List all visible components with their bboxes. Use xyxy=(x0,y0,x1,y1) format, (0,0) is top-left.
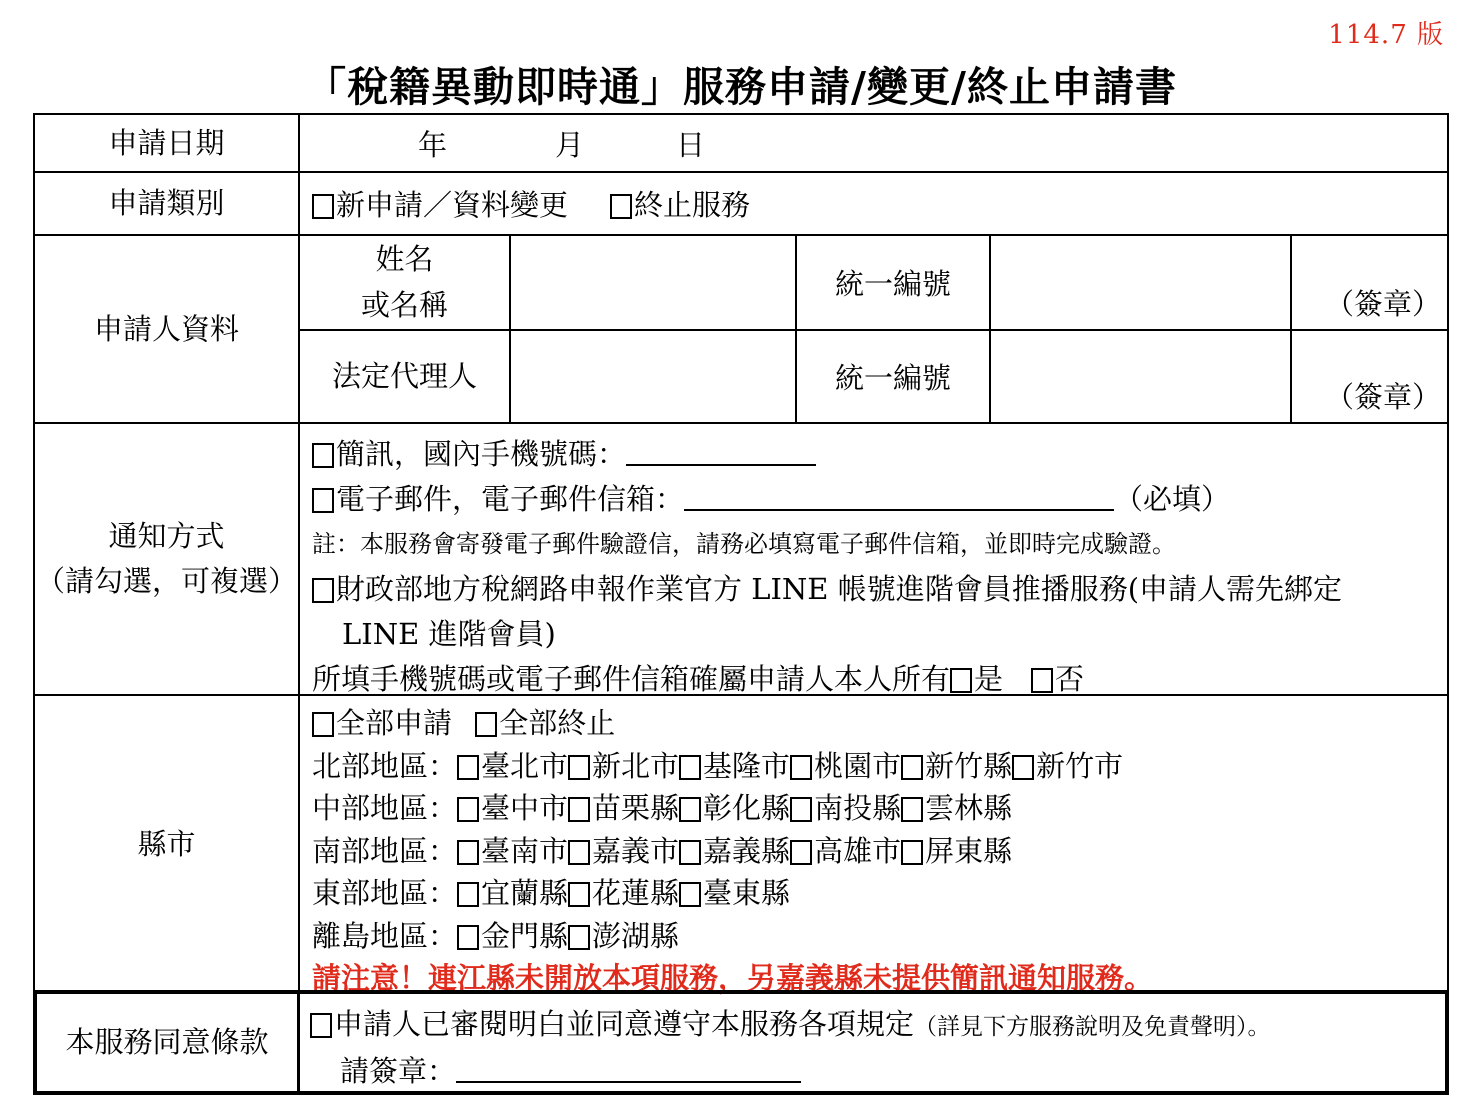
miaoli-county-checkbox[interactable] xyxy=(568,797,590,822)
county-selection-row: 縣市 全部申請 全部終止 北部地區：臺北市新北市基隆市桃園市新竹縣新竹市 中部地… xyxy=(35,694,1447,992)
email-option-line: 電子郵件，電子郵件信箱：（必填） xyxy=(312,477,1447,522)
kinmen-county-checkbox[interactable] xyxy=(457,925,479,950)
keelung-city-checkbox[interactable] xyxy=(679,755,701,780)
hsinchu-city-checkbox[interactable] xyxy=(1012,755,1034,780)
option-new-application[interactable]: 新申請／資料變更 xyxy=(312,183,568,224)
agreement-checkbox[interactable] xyxy=(310,1013,332,1038)
date-year-label: 年 xyxy=(418,123,447,164)
version-label: 114.7 版 xyxy=(1328,14,1444,51)
agreement-signature-blank[interactable] xyxy=(456,1049,801,1083)
stop-all-checkbox[interactable] xyxy=(475,712,497,737)
region-line-east: 東部地區：宜蘭縣花蓮縣臺東縣 xyxy=(312,872,1447,915)
notification-method-options: 簡訊，國內手機號碼： 電子郵件，電子郵件信箱：（必填） 註：本服務會寄發電子郵件… xyxy=(300,424,1447,694)
email-address-blank[interactable] xyxy=(684,477,1114,511)
email-verification-note: 註：本服務會寄發電子郵件驗證信，請務必填寫電子郵件信箱，並即時完成驗證。 xyxy=(312,522,1447,567)
legal-representative-uid-label: 統一編號 xyxy=(797,331,991,422)
application-form-table: 申請日期 年 月 日 申請類別 新申請／資料變更 終止服務 申請人資料 xyxy=(33,113,1449,994)
agreement-sign-label: 請簽章： xyxy=(340,1054,456,1088)
changhua-county-checkbox[interactable] xyxy=(679,797,701,822)
applicant-signature-cell[interactable]: （簽章） xyxy=(1292,236,1447,329)
region-islands-label: 離島地區： xyxy=(312,919,457,953)
region-line-south: 南部地區：臺南市嘉義市嘉義縣高雄市屏東縣 xyxy=(312,830,1447,873)
legal-representative-uid-field[interactable] xyxy=(991,331,1292,422)
taipei-city-checkbox[interactable] xyxy=(457,755,479,780)
phone-number-blank[interactable] xyxy=(626,432,816,466)
applicant-uid-label: 統一編號 xyxy=(797,236,991,329)
county-all-line: 全部申請 全部終止 xyxy=(312,702,1447,745)
date-month-label: 月 xyxy=(555,123,584,164)
region-east-label: 東部地區： xyxy=(312,876,457,910)
nantou-county-checkbox[interactable] xyxy=(790,797,812,822)
kaohsiung-city-checkbox[interactable] xyxy=(790,840,812,865)
ownership-text: 所填手機號碼或電子郵件信箱確屬申請人本人所有 xyxy=(312,662,950,696)
region-line-north: 北部地區：臺北市新北市基隆市桃園市新竹縣新竹市 xyxy=(312,745,1447,788)
notification-method-row: 通知方式 （請勾選，可複選） 簡訊，國內手機號碼： 電子郵件，電子郵件信箱：（必… xyxy=(35,422,1447,694)
county-label: 縣市 xyxy=(35,696,300,992)
ownership-no-label: 否 xyxy=(1055,662,1084,696)
new-taipei-city-checkbox[interactable] xyxy=(568,755,590,780)
agreement-row: 本服務同意條款 申請人已審閱明白並同意遵守本服務各項規定（詳見下方服務說明及免責… xyxy=(33,990,1449,1095)
yilan-county-checkbox[interactable] xyxy=(457,882,479,907)
application-form-page: 114.7 版 「稅籍異動即時通」服務申請/變更/終止申請書 申請日期 年 月 … xyxy=(0,0,1482,1100)
region-line-islands: 離島地區：金門縣澎湖縣 xyxy=(312,915,1447,958)
page-title: 「稅籍異動即時通」服務申請/變更/終止申請書 xyxy=(0,54,1482,113)
taoyuan-city-checkbox[interactable] xyxy=(790,755,812,780)
penghu-county-checkbox[interactable] xyxy=(568,925,590,950)
stop-all-label: 全部終止 xyxy=(499,706,615,740)
new-application-label: 新申請／資料變更 xyxy=(336,188,568,222)
tainan-city-checkbox[interactable] xyxy=(457,840,479,865)
line-service-label-continued: LINE 進階會員) xyxy=(312,612,1447,657)
legal-representative-signature-label: （簽章） xyxy=(1325,375,1441,416)
ownership-yes-label: 是 xyxy=(974,662,1003,696)
applicant-name-field[interactable] xyxy=(511,236,797,329)
chiayi-city-checkbox[interactable] xyxy=(568,840,590,865)
email-checkbox[interactable] xyxy=(312,488,334,513)
hsinchu-county-checkbox[interactable] xyxy=(901,755,923,780)
sms-checkbox[interactable] xyxy=(312,443,334,468)
county-options: 全部申請 全部終止 北部地區：臺北市新北市基隆市桃園市新竹縣新竹市 中部地區：臺… xyxy=(300,696,1447,992)
legal-representative-signature-cell[interactable]: （簽章） xyxy=(1292,331,1447,422)
terminate-service-checkbox[interactable] xyxy=(610,194,632,219)
legal-representative-label: 法定代理人 xyxy=(300,331,511,422)
ownership-yes-checkbox[interactable] xyxy=(950,668,972,693)
taichung-city-checkbox[interactable] xyxy=(457,797,479,822)
sms-option-line: 簡訊，國內手機號碼： xyxy=(312,432,1447,477)
region-north-label: 北部地區： xyxy=(312,749,457,783)
ownership-no-checkbox[interactable] xyxy=(1031,668,1053,693)
terminate-service-label: 終止服務 xyxy=(634,188,750,222)
notification-method-label: 通知方式 （請勾選，可複選） xyxy=(35,424,300,694)
applicant-name-label: 姓名 或名稱 xyxy=(300,236,511,329)
new-application-checkbox[interactable] xyxy=(312,194,334,219)
applicant-info-label: 申請人資料 xyxy=(35,236,300,422)
line-service-checkbox[interactable] xyxy=(312,578,334,603)
date-day-label: 日 xyxy=(676,123,705,164)
application-date-field[interactable]: 年 月 日 xyxy=(300,115,1447,171)
taitung-county-checkbox[interactable] xyxy=(679,882,701,907)
applicant-info-grid: 姓名 或名稱 統一編號 （簽章） 法定代理人 統一編號 xyxy=(300,236,1447,422)
legal-representative-name-field[interactable] xyxy=(511,331,797,422)
applicant-signature-label: （簽章） xyxy=(1325,282,1441,323)
application-date-row: 申請日期 年 月 日 xyxy=(35,115,1447,171)
legal-representative-row: 法定代理人 統一編號 （簽章） xyxy=(300,329,1447,422)
applicant-info-row: 申請人資料 姓名 或名稱 統一編號 （簽章） xyxy=(35,234,1447,422)
line-service-label: 財政部地方稅網路申報作業官方 LINE 帳號進階會員推播服務(申請人需先綁定 xyxy=(336,572,1342,606)
application-category-options: 新申請／資料變更 終止服務 xyxy=(300,173,1447,234)
application-date-label: 申請日期 xyxy=(35,115,300,171)
agreement-consent-line: 申請人已審閱明白並同意遵守本服務各項規定（詳見下方服務說明及免責聲明）。 xyxy=(310,1002,1445,1049)
line-service-option-line: 財政部地方稅網路申報作業官方 LINE 帳號進階會員推播服務(申請人需先綁定 xyxy=(312,567,1447,612)
apply-all-label: 全部申請 xyxy=(336,706,452,740)
agreement-label: 本服務同意條款 xyxy=(37,994,300,1091)
chiayi-county-checkbox[interactable] xyxy=(679,840,701,865)
hualien-county-checkbox[interactable] xyxy=(568,882,590,907)
agreement-signature-line: 請簽章： xyxy=(310,1049,1445,1093)
applicant-uid-field[interactable] xyxy=(991,236,1292,329)
region-line-central: 中部地區：臺中市苗栗縣彰化縣南投縣雲林縣 xyxy=(312,787,1447,830)
yunlin-county-checkbox[interactable] xyxy=(901,797,923,822)
option-terminate-service[interactable]: 終止服務 xyxy=(610,183,750,224)
region-central-label: 中部地區： xyxy=(312,791,457,825)
agreement-detail-text: （詳見下方服務說明及免責聲明）。 xyxy=(914,1014,1271,1040)
agreement-content: 申請人已審閱明白並同意遵守本服務各項規定（詳見下方服務說明及免責聲明）。 請簽章… xyxy=(300,994,1445,1091)
email-required-label: （必填） xyxy=(1114,482,1230,516)
pingtung-county-checkbox[interactable] xyxy=(901,840,923,865)
sms-label: 簡訊，國內手機號碼： xyxy=(336,437,626,471)
email-label: 電子郵件，電子郵件信箱： xyxy=(336,482,684,516)
application-category-label: 申請類別 xyxy=(35,173,300,234)
agreement-text: 申請人已審閱明白並同意遵守本服務各項規定 xyxy=(334,1007,914,1041)
application-category-row: 申請類別 新申請／資料變更 終止服務 xyxy=(35,171,1447,234)
applicant-name-row: 姓名 或名稱 統一編號 （簽章） xyxy=(300,236,1447,329)
apply-all-checkbox[interactable] xyxy=(312,712,334,737)
region-south-label: 南部地區： xyxy=(312,834,457,868)
